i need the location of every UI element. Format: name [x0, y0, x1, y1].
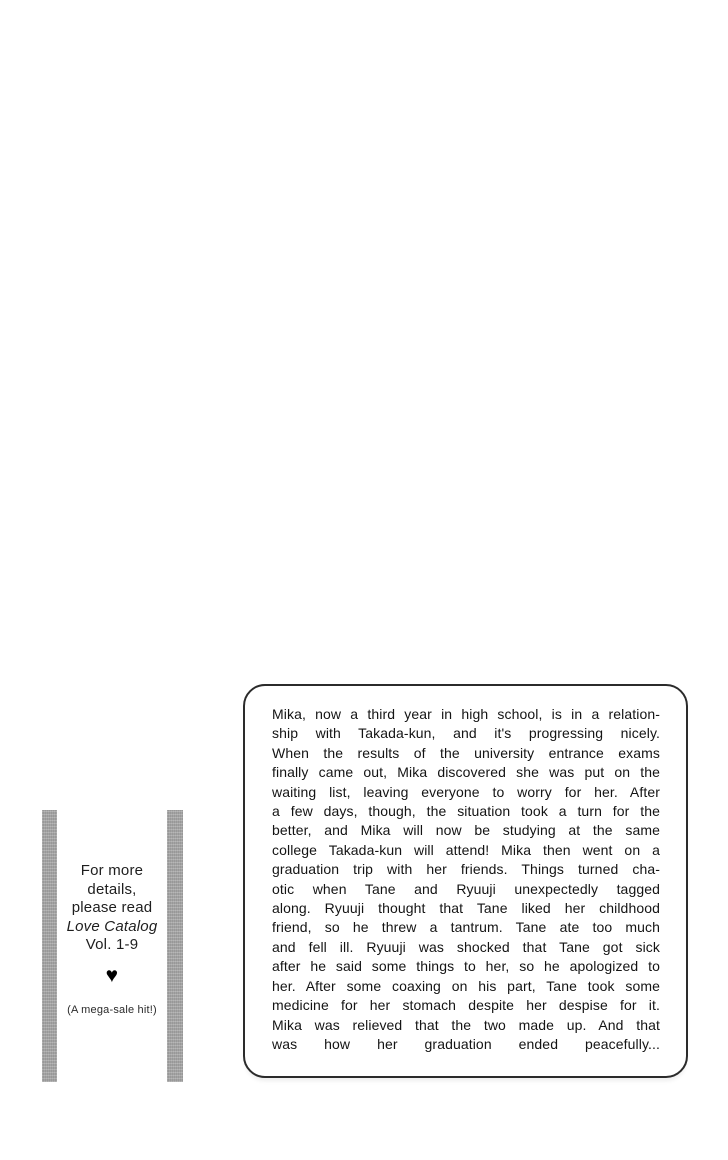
recap-line: Mika, now a third year in high school, i… — [272, 705, 660, 724]
series-title: Love Catalog — [45, 918, 179, 937]
note-line: For more — [45, 862, 179, 881]
recap-line: better, and Mika will now be studying at… — [272, 821, 660, 840]
heart-icon: ♥ — [45, 963, 179, 989]
recap-line: was how her graduation ended peacefully.… — [272, 1035, 660, 1054]
recap-line: medicine for her stomach despite her des… — [272, 996, 660, 1015]
note-line: please read — [45, 899, 179, 918]
recap-line: college Takada-kun will attend! Mika the… — [272, 841, 660, 860]
recap-line: and fell ill. Ryuuji was shocked that Ta… — [272, 938, 660, 957]
recap-line: waiting list, leaving everyone to worry … — [272, 783, 660, 802]
sidebar-note: For more details, please read Love Catal… — [45, 862, 179, 1017]
recap-box: Mika, now a third year in high school, i… — [243, 684, 688, 1078]
recap-line: otic when Tane and Ryuuji unexpectedly t… — [272, 880, 660, 899]
recap-line: a few days, though, the situation took a… — [272, 802, 660, 821]
tagline: (A mega-sale hit!) — [45, 1003, 179, 1017]
recap-line: after he said some things to her, so he … — [272, 957, 660, 976]
note-line: details, — [45, 881, 179, 900]
recap-line: friend, so he threw a tantrum. Tane ate … — [272, 918, 660, 937]
recap-line: finally came out, Mika discovered she wa… — [272, 763, 660, 782]
recap-line: When the results of the university entra… — [272, 744, 660, 763]
recap-line: ship with Takada-kun, and it's progressi… — [272, 724, 660, 743]
recap-line: her. After some coaxing on his part, Tan… — [272, 977, 660, 996]
recap-line: graduation trip with her friends. Things… — [272, 860, 660, 879]
recap-line: along. Ryuuji thought that Tane liked he… — [272, 899, 660, 918]
recap-line: Mika was relieved that the two made up. … — [272, 1016, 660, 1035]
volume-range: Vol. 1-9 — [45, 936, 179, 955]
